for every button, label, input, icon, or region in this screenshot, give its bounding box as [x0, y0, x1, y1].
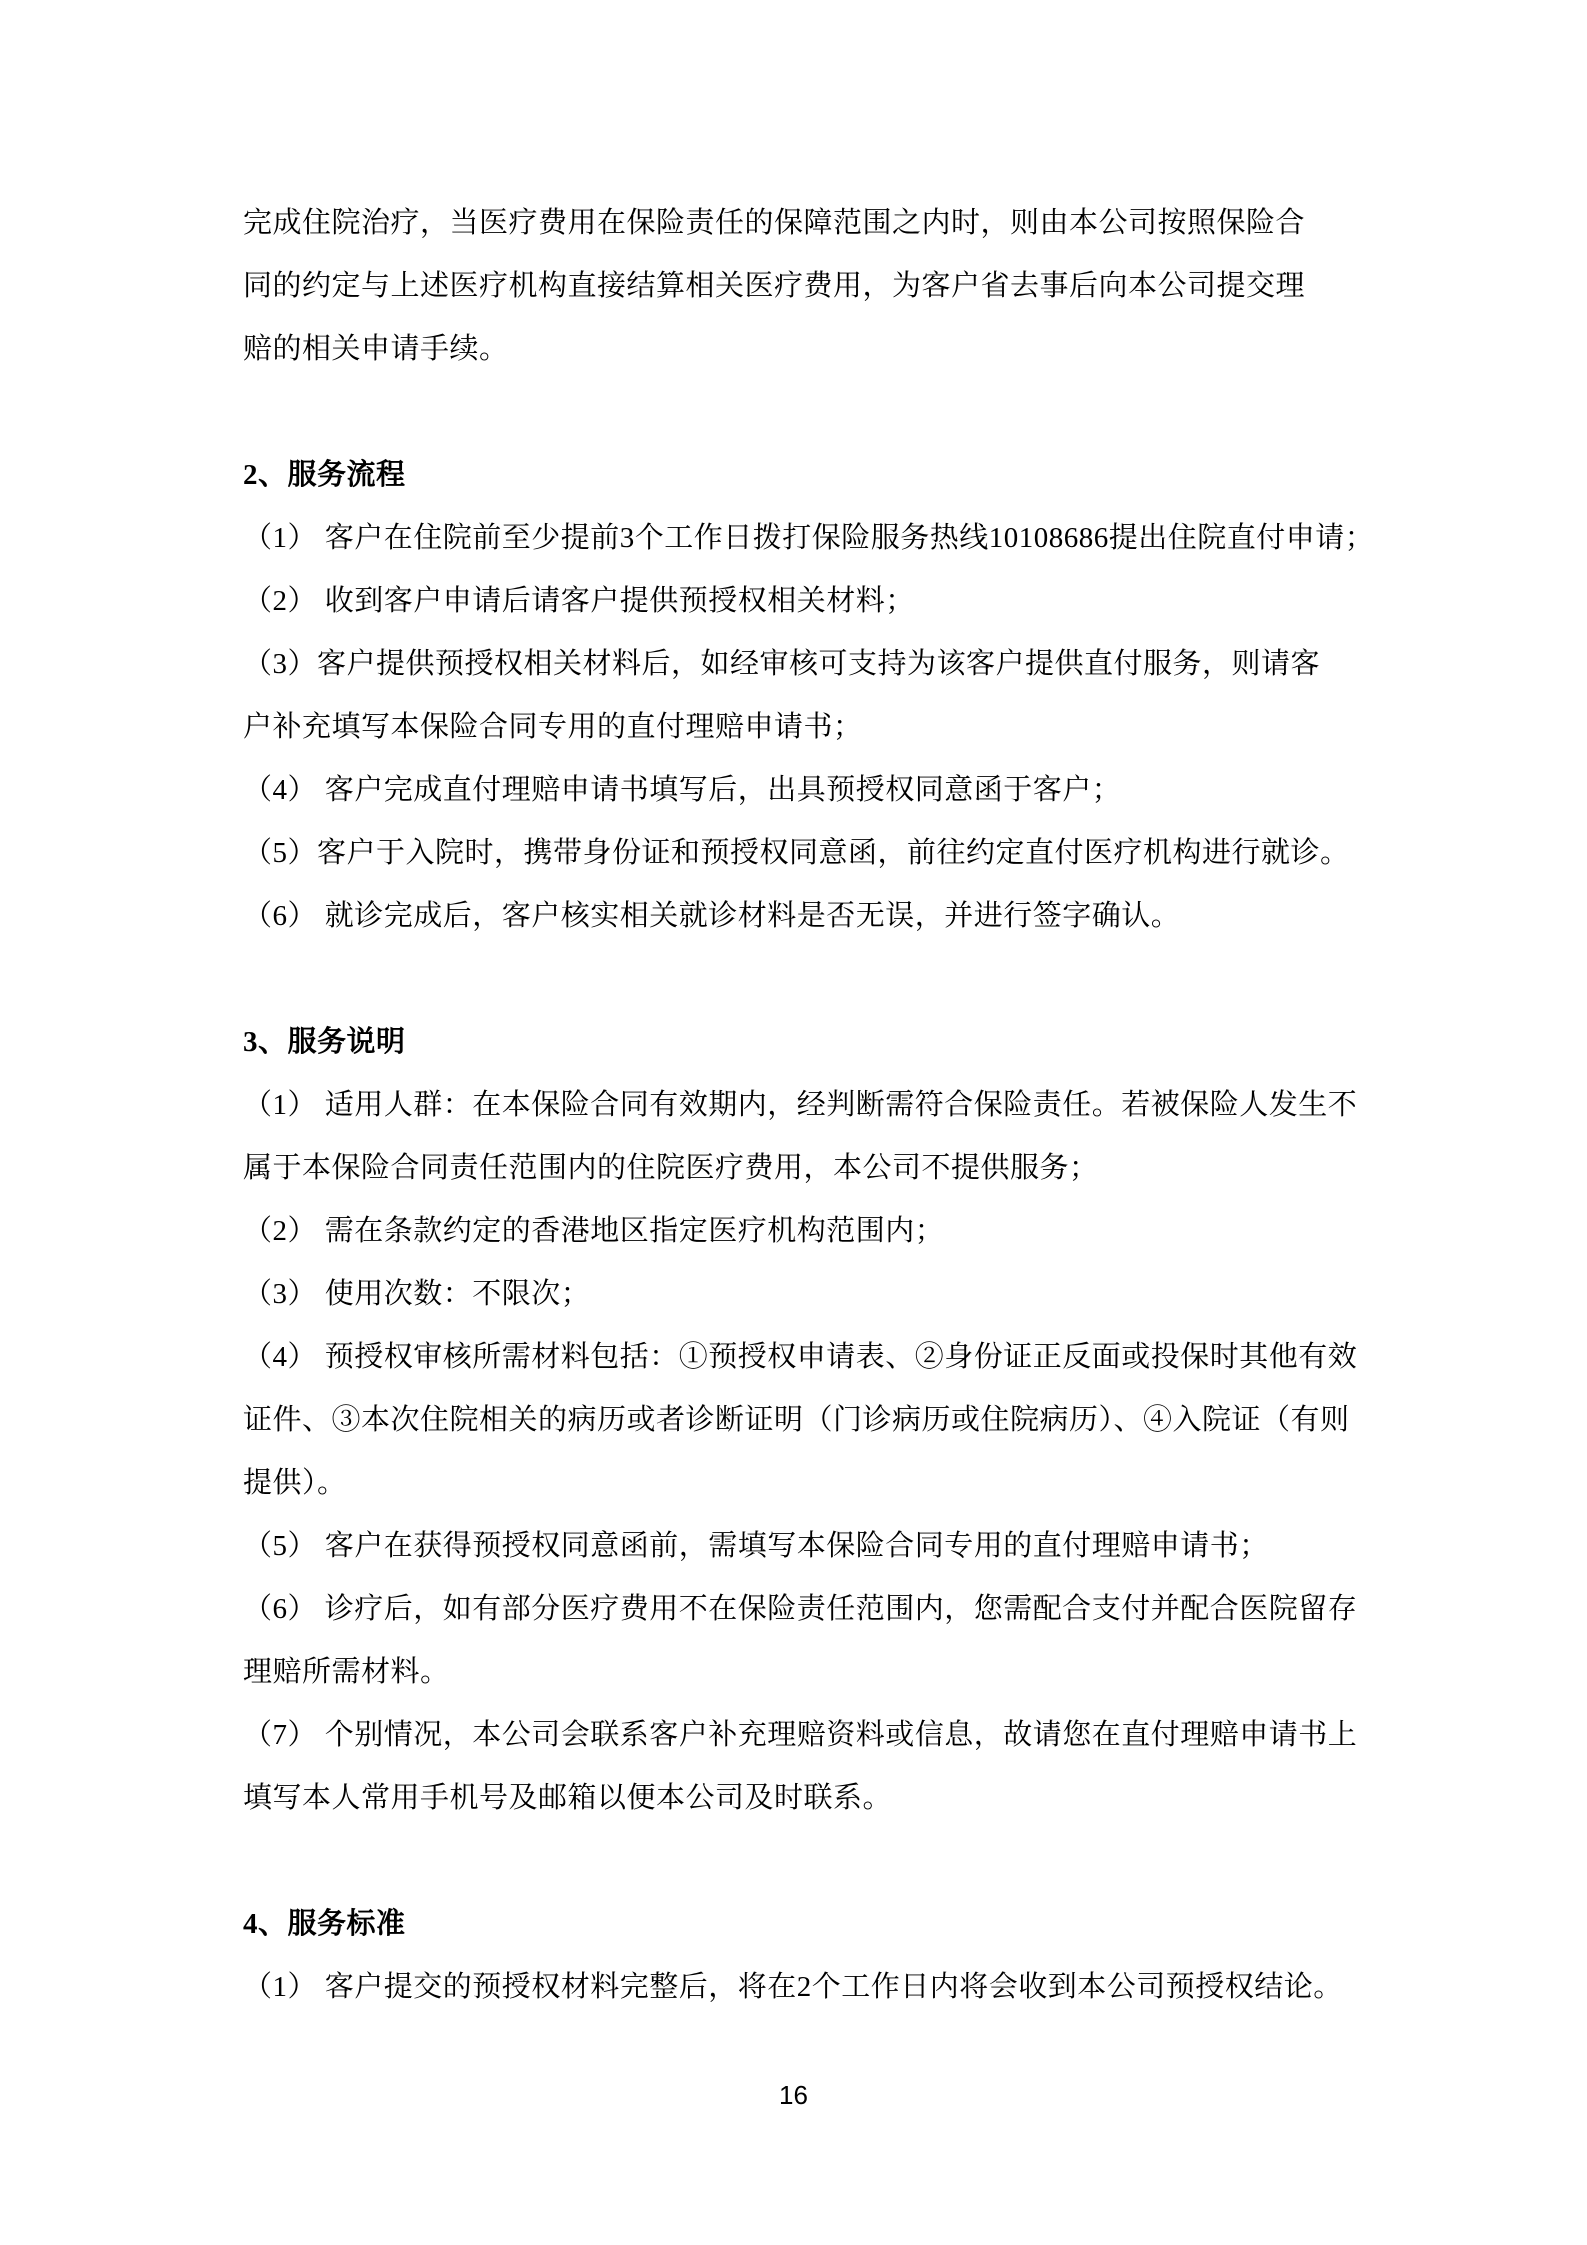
list-item-line: （4） 预授权审核所需材料包括：①预授权申请表、②身份证正反面或投保时其他有效: [243, 1326, 1353, 1389]
section-heading: 4、服务标准: [243, 1893, 1353, 1956]
paragraph-line: 赔的相关申请手续。: [243, 318, 1353, 381]
list-item-line: 填写本人常用手机号及邮箱以便本公司及时联系。: [243, 1767, 1353, 1830]
section-heading: 2、服务流程: [243, 444, 1353, 507]
paragraph-line: 同的约定与上述医疗机构直接结算相关医疗费用，为客户省去事后向本公司提交理: [243, 255, 1353, 318]
list-item-line: （7） 个别情况，本公司会联系客户补充理赔资料或信息，故请您在直付理赔申请书上: [243, 1704, 1353, 1767]
list-item-line: 证件、③本次住院相关的病历或者诊断证明（门诊病历或住院病历）、④入院证（有则: [243, 1389, 1353, 1452]
list-item-line: （1） 客户在住院前至少提前3个工作日拨打保险服务热线10108686提出住院直…: [243, 507, 1353, 570]
paragraph-line: 完成住院治疗，当医疗费用在保险责任的保障范围之内时，则由本公司按照保险合: [243, 192, 1353, 255]
list-item-line: （6） 诊疗后，如有部分医疗费用不在保险责任范围内，您需配合支付并配合医院留存: [243, 1578, 1353, 1641]
page-number: 16: [0, 2078, 1587, 2112]
list-item-line: （3）客户提供预授权相关材料后，如经审核可支持为该客户提供直付服务，则请客: [243, 633, 1353, 696]
list-item-line: （5） 客户在获得预授权同意函前，需填写本保险合同专用的直付理赔申请书；: [243, 1515, 1353, 1578]
list-item-line: （5）客户于入院时，携带身份证和预授权同意函，前往约定直付医疗机构进行就诊。: [243, 822, 1353, 885]
list-item-line: （6） 就诊完成后，客户核实相关就诊材料是否无误，并进行签字确认。: [243, 885, 1353, 948]
list-item-line: （1） 客户提交的预授权材料完整后，将在2个工作日内将会收到本公司预授权结论。: [243, 1956, 1353, 2019]
list-item-line: 属于本保险合同责任范围内的住院医疗费用，本公司不提供服务；: [243, 1137, 1353, 1200]
list-item-line: （2） 收到客户申请后请客户提供预授权相关材料；: [243, 570, 1353, 633]
list-item-line: 提供）。: [243, 1452, 1353, 1515]
document-page: { "page": { "background": "#ffffff", "te…: [0, 0, 1587, 2245]
list-item-line: （2） 需在条款约定的香港地区指定医疗机构范围内；: [243, 1200, 1353, 1263]
document-body: 完成住院治疗，当医疗费用在保险责任的保障范围之内时，则由本公司按照保险合同的约定…: [243, 192, 1353, 2019]
list-item-line: （4） 客户完成直付理赔申请书填写后，出具预授权同意函于客户；: [243, 759, 1353, 822]
list-item-line: 理赔所需材料。: [243, 1641, 1353, 1704]
section-heading: 3、服务说明: [243, 1011, 1353, 1074]
list-item-line: （1） 适用人群：在本保险合同有效期内，经判断需符合保险责任。若被保险人发生不: [243, 1074, 1353, 1137]
list-item-line: （3） 使用次数：不限次；: [243, 1263, 1353, 1326]
list-item-line: 户补充填写本保险合同专用的直付理赔申请书；: [243, 696, 1353, 759]
